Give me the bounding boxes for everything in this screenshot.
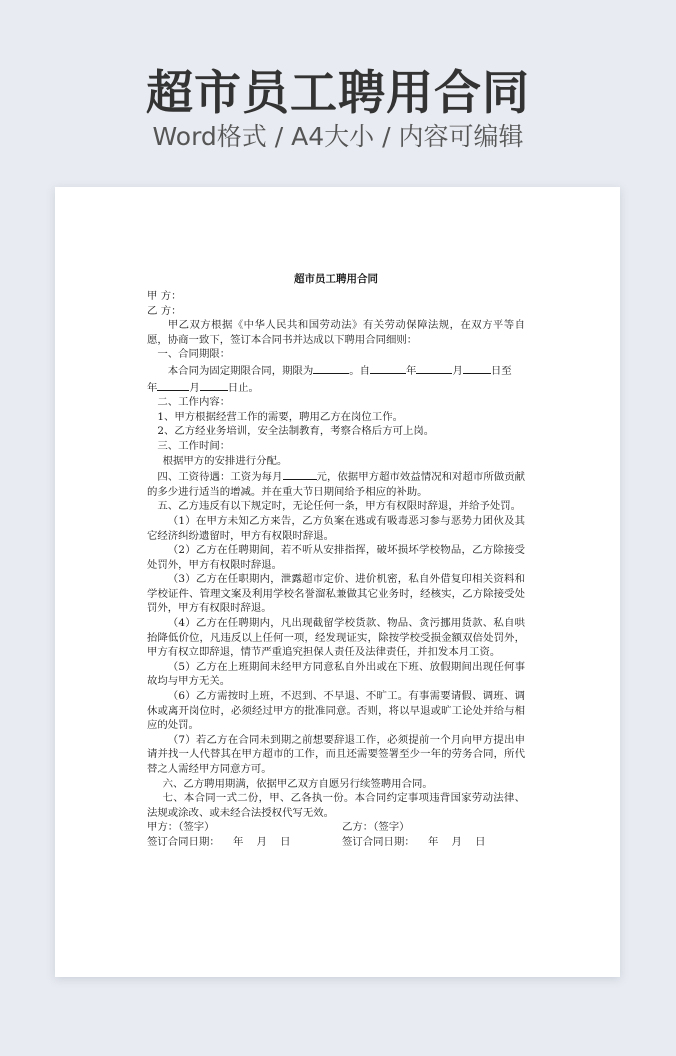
section-3-heading: 三、工作时间： — [147, 439, 525, 454]
section-5-heading: 五、乙方违反有以下规定时，无论任何一条，甲方有权限时辞退，并给予处罚。 — [147, 499, 525, 514]
day-end-text: 日止。 — [228, 382, 259, 394]
document-body: 超市员工聘用合同 甲 方： 乙 方： 甲乙双方根据《中华人民共和国劳动法》有关劳… — [147, 272, 525, 850]
party-b-label: 乙 方： — [147, 304, 525, 319]
salary-blank[interactable] — [283, 468, 317, 480]
section-1-heading: 一、合同期限： — [147, 347, 525, 362]
section-2-heading: 二、工作内容： — [147, 395, 525, 410]
signature-row: 甲方：（签字） 乙方：（签字） — [147, 820, 525, 835]
party-a-signature: 甲方：（签字） — [147, 820, 342, 835]
start-year-blank[interactable] — [370, 362, 406, 374]
day-to-text: 日至 — [491, 365, 512, 377]
end-year-blank[interactable] — [157, 379, 189, 391]
section-5-item: （4）乙方在任聘期内，凡出现截留学校货款、物品、贪污挪用货款、私自哄抬降低价位，… — [147, 616, 525, 660]
section-5-item: （1）在甲方未知乙方来告，乙方负案在逃或有吸毒恶习参与恶势力团伙及其它经济纠纷遗… — [147, 514, 525, 543]
section-2-item-2: 2、乙方经业务培训，安全法制教育，考察合格后方可上岗。 — [147, 424, 525, 439]
party-b-signature: 乙方：（签字） — [342, 820, 410, 835]
end-day-blank[interactable] — [200, 379, 228, 391]
salary-text: 四、工资待遇：工资为每月 — [157, 471, 282, 483]
start-month-blank[interactable] — [416, 362, 452, 374]
year-text: 年 — [147, 382, 157, 394]
month-text: 月 — [189, 382, 199, 394]
section-2-item-1: 1、甲方根据经营工作的需要，聘用乙方在岗位工作。 — [147, 410, 525, 425]
section-5-item: （2）乙方在任聘期间，若不听从安排指挥，破坏损坏学校物品，乙方除接受处罚外，甲方… — [147, 543, 525, 572]
date-row: 签订合同日期： 年 月 日 签订合同日期： 年 月 日 — [147, 835, 525, 850]
section-5-item: （5）乙方在上班期间未经甲方同意私自外出或在下班、放假期间出现任何事故均与甲方无… — [147, 660, 525, 689]
document-page: 超市员工聘用合同 甲 方： 乙 方： 甲乙双方根据《中华人民共和国劳动法》有关劳… — [55, 187, 620, 977]
section-5-item: （7）若乙方在合同未到期之前想要辞退工作，必须提前一个月向甲方提出申请并找一人代… — [147, 733, 525, 777]
intro-paragraph: 甲乙双方根据《中华人民共和国劳动法》有关劳动保障法规，在双方平等自愿，协商一致下… — [147, 318, 525, 347]
party-a-label: 甲 方： — [147, 289, 525, 304]
party-b-date: 签订合同日期： 年 月 日 — [342, 835, 486, 850]
term-blank[interactable] — [313, 362, 349, 374]
section-3-text: 根据甲方的安排进行分配。 — [147, 454, 525, 469]
from-text: 。自 — [349, 365, 370, 377]
month-text: 月 — [452, 365, 462, 377]
section-1-text: 本合同为固定期限合同，期限为。自年月日至年月日止。 — [147, 362, 525, 395]
year-text: 年 — [406, 365, 416, 377]
section-6-text: 六、乙方聘用期满，依据甲乙双方自愿另行续签聘用合同。 — [147, 777, 525, 792]
page-title: 超市员工聘用合同 — [0, 66, 676, 122]
section-5-item: （6）乙方需按时上班，不迟到、不早退、不旷工。有事需要请假、调班、调休或离开岗位… — [147, 689, 525, 733]
section-4-text: 四、工资待遇：工资为每月元，依据甲方超市效益情况和对超市所做贡献的多少进行适当的… — [147, 468, 525, 499]
section-5-item: （3）乙方在任职期内，泄露超市定价、进价机密，私自外借复印相关资料和学校证件、管… — [147, 572, 525, 616]
page-subtitle: Word格式 / A4大小 / 内容可编辑 — [0, 120, 676, 154]
start-day-blank[interactable] — [463, 362, 491, 374]
document-title: 超市员工聘用合同 — [147, 272, 525, 286]
term-text: 本合同为固定期限合同，期限为 — [168, 365, 313, 377]
party-a-date: 签订合同日期： 年 月 日 — [147, 835, 342, 850]
section-7-text: 七、本合同一式二份，甲、乙各执一份。本合同约定事项违背国家劳动法律、法规或涂改、… — [147, 791, 525, 820]
